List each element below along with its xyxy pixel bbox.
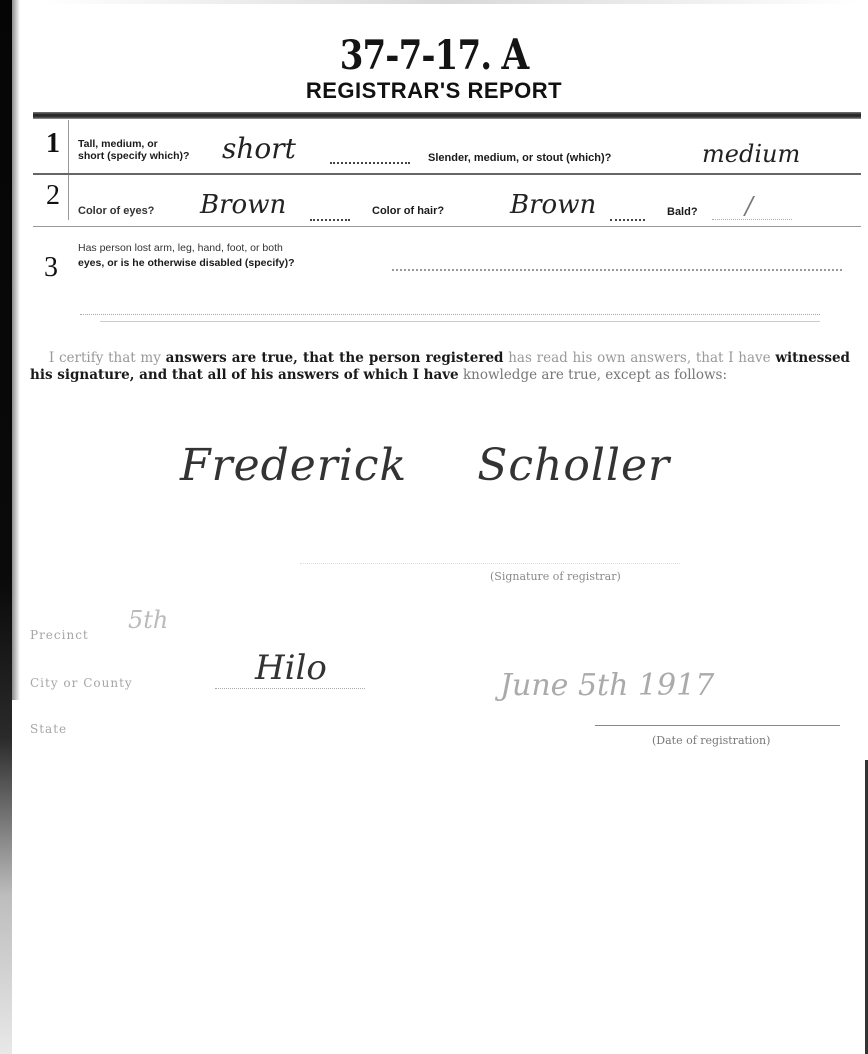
- disability-answer-line: [392, 269, 842, 271]
- hair-color-answer: Brown: [510, 190, 596, 220]
- registration-date-caption: (Date of registration): [652, 734, 770, 747]
- signature-last-name: Scholler: [477, 440, 670, 491]
- cert-part2: answers are true, that the person regist…: [166, 350, 504, 366]
- city-county-value: Hilo: [255, 648, 327, 688]
- question-number-1: 1: [46, 128, 60, 160]
- eye-color-answer-line: [310, 219, 350, 221]
- build-answer: medium: [702, 140, 800, 168]
- cert-part3: has read his own answers, that I have: [508, 350, 770, 366]
- signature-line: [300, 563, 680, 564]
- row2-divider: [33, 226, 861, 227]
- city-county-line: [215, 688, 365, 689]
- bald-answer-line: [712, 219, 792, 220]
- cert-part5: knowledge are true, except as follows:: [463, 367, 727, 383]
- certification-text: I certify that my answers are true, that…: [30, 350, 850, 384]
- signature-first-name: Frederick: [180, 440, 407, 491]
- scan-top-edge: [40, 0, 860, 4]
- disability-extra-line: [80, 314, 820, 315]
- scan-left-shadow: [12, 0, 20, 700]
- row1-divider: [33, 173, 861, 175]
- disability-label-line1: Has person lost arm, leg, hand, foot, or…: [78, 242, 283, 254]
- registration-date-line: [595, 725, 840, 726]
- eye-color-label: Color of eyes?: [78, 205, 154, 217]
- hair-color-label: Color of hair?: [372, 205, 444, 217]
- state-label: State: [30, 722, 67, 736]
- registration-date-value: June 5th 1917: [500, 668, 714, 703]
- height-answer-line: [330, 162, 410, 164]
- city-county-label: City or County: [30, 676, 133, 690]
- disability-label-line2: eyes, or is he otherwise disabled (speci…: [78, 257, 295, 269]
- hair-color-answer-line: [610, 219, 645, 221]
- question-number-3: 3: [44, 252, 58, 284]
- eye-color-answer: Brown: [200, 190, 286, 220]
- build-label: Slender, medium, or stout (which)?: [428, 152, 611, 164]
- height-label-line2: short (specify which)?: [78, 150, 189, 162]
- disability-extra-rule: [100, 321, 820, 322]
- registrar-signature: FrederickScholler: [180, 440, 670, 491]
- question-number-2: 2: [46, 180, 60, 212]
- serial-suffix: A: [501, 30, 528, 79]
- row-number-divider: [68, 120, 69, 220]
- height-answer: short: [222, 132, 296, 165]
- header-divider: [33, 112, 861, 119]
- cert-part1: I certify that my: [49, 350, 161, 366]
- scan-left-border: [0, 0, 12, 1054]
- bald-label: Bald?: [667, 206, 698, 218]
- precinct-label: Precinct: [30, 628, 89, 642]
- bald-answer: /: [745, 192, 753, 220]
- serial-number-text: 37-7-17.: [340, 32, 492, 79]
- page-title: REGISTRAR'S REPORT: [0, 78, 868, 104]
- signature-caption: (Signature of registrar): [490, 570, 621, 583]
- height-label-line1: Tall, medium, or: [78, 138, 158, 150]
- precinct-value: 5th: [128, 606, 168, 634]
- serial-number: 37-7-17.A: [65, 30, 803, 79]
